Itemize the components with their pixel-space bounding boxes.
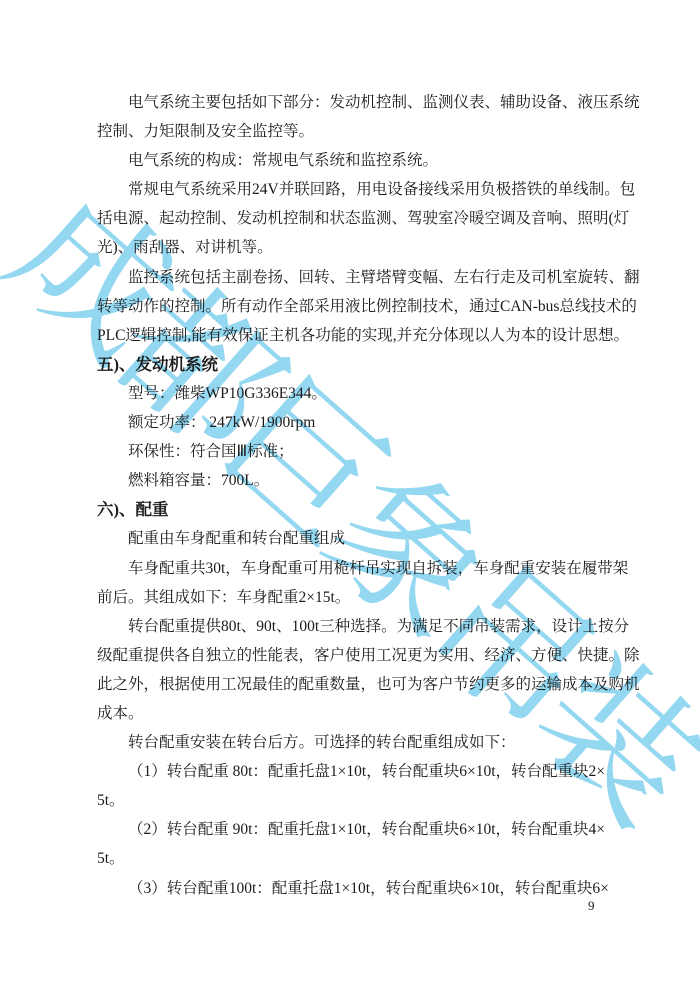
document-line: 控制、力矩限制及安全监控等。 <box>97 117 612 146</box>
document-line: 转台配重提供80t、90t、100t三种选择。为满足不同吊装需求，设计上按分 <box>97 612 612 641</box>
section-heading: 五)、发动机系统 <box>97 350 612 379</box>
document-line: 配重由车身配重和转台配重组成 <box>97 524 612 553</box>
document-line: 转等动作的控制。所有动作全部采用液比例控制技术，通过CAN-bus总线技术的 <box>97 292 612 321</box>
document-line: 5t。 <box>97 786 612 815</box>
document-line: 转台配重安装在转台后方。可选择的转台配重组成如下： <box>97 728 612 757</box>
document-line: 型号：潍柴WP10G336E344。 <box>97 379 612 408</box>
document-line: 常规电气系统采用24V并联回路，用电设备接线采用负极搭铁的单线制。包 <box>97 175 612 204</box>
document-line: 光)、雨刮器、对讲机等。 <box>97 233 612 262</box>
document-line: 环保性：符合国Ⅲ标准； <box>97 437 612 466</box>
document-line: 此之外，根据使用工况最佳的配重数量，也可为客户节约更多的运输成本及购机 <box>97 670 612 699</box>
document-line: 5t。 <box>97 844 612 873</box>
section-heading: 六)、配重 <box>97 495 612 524</box>
document-line: （2）转台配重 90t：配重托盘1×10t，转台配重块6×10t，转台配重块4× <box>97 815 612 844</box>
document-line: （3）转台配重100t：配重托盘1×10t，转台配重块6×10t，转台配重块6× <box>97 874 612 903</box>
document-line: 监控系统包括主副卷扬、回转、主臂塔臂变幅、左右行走及司机室旋转、翻 <box>97 263 612 292</box>
page-number: 9 <box>588 898 595 914</box>
document-line: 成本。 <box>97 699 612 728</box>
document-line: 电气系统主要包括如下部分：发动机控制、监测仪表、辅助设备、液压系统 <box>97 88 612 117</box>
document-body: 电气系统主要包括如下部分：发动机控制、监测仪表、辅助设备、液压系统控制、力矩限制… <box>97 88 612 903</box>
document-page: 成都巨象吊装 电气系统主要包括如下部分：发动机控制、监测仪表、辅助设备、液压系统… <box>0 0 700 989</box>
document-line: 级配重提供各自独立的性能表，客户使用工况更为实用、经济、方便、快捷。除 <box>97 641 612 670</box>
document-line: 前后。其组成如下：车身配重2×15t。 <box>97 583 612 612</box>
document-line: （1）转台配重 80t：配重托盘1×10t，转台配重块6×10t，转台配重块2× <box>97 757 612 786</box>
document-line: 额定功率： 247kW/1900rpm <box>97 408 612 437</box>
document-line: 括电源、起动控制、发动机控制和状态监测、驾驶室冷暖空调及音响、照明(灯 <box>97 204 612 233</box>
document-line: 燃料箱容量：700L。 <box>97 466 612 495</box>
document-line: 车身配重共30t，车身配重可用桅杆吊实现自拆装，车身配重安装在履带架 <box>97 554 612 583</box>
document-line: 电气系统的构成：常规电气系统和监控系统。 <box>97 146 612 175</box>
document-line: PLC逻辑控制,能有效保证主机各功能的实现,并充分体现以人为本的设计思想。 <box>97 321 612 350</box>
